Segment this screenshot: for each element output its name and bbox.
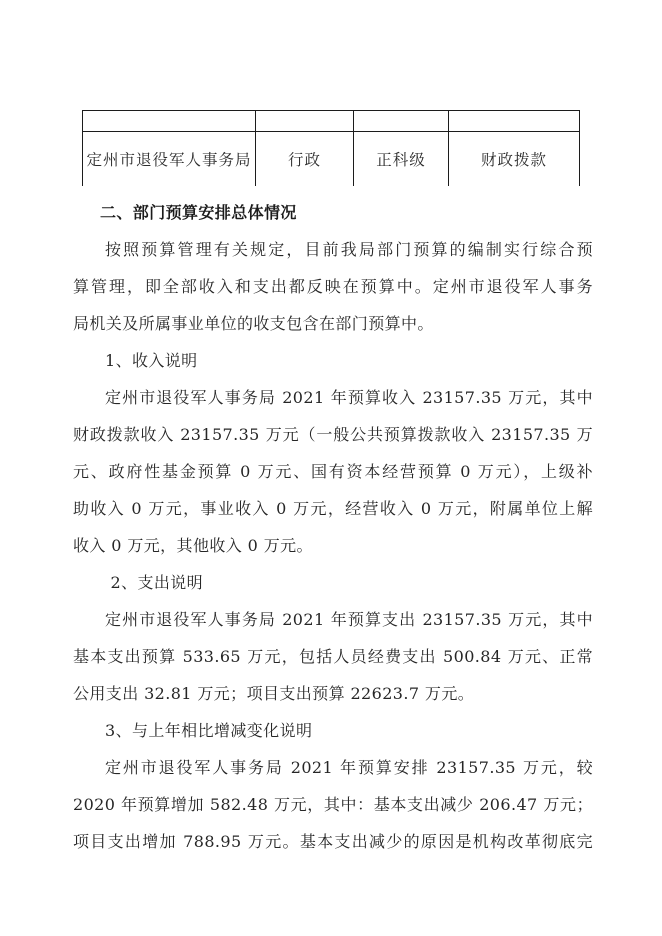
document-content: 二、部门预算安排总体情况按照预算管理有关规定，目前我局部门预算的编制实行综合预算… [73,194,593,860]
table-cell [256,111,354,132]
table-cell: 财政拨款 [449,132,580,187]
section-heading: 二、部门预算安排总体情况 [73,194,593,231]
subsection-heading: 2、支出说明 [73,564,593,601]
subsection-heading: 3、与上年相比增减变化说明 [73,712,593,749]
paragraph-line: 按照预算管理有关规定，目前我局部门预算的编制实行综合预 [73,231,593,268]
paragraph-line: 2020 年预算增加 582.48 万元，其中：基本支出减少 206.47 万元… [73,786,593,823]
org-info-table-body: 定州市退役军人事务局行政正科级财政拨款 [83,111,580,187]
table-cell: 定州市退役军人事务局 [83,132,256,187]
paragraph-line: 项目支出增加 788.95 万元。基本支出减少的原因是机构改革彻底完 [73,823,593,860]
paragraph-line: 定州市退役军人事务局 2021 年预算安排 23157.35 万元，较 [73,749,593,786]
table-cell: 正科级 [354,132,449,187]
paragraph-line: 定州市退役军人事务局 2021 年预算收入 23157.35 万元，其中 [73,379,593,416]
table-cell [354,111,449,132]
table-cell: 行政 [256,132,354,187]
paragraph-line: 收入 0 万元，其他收入 0 万元。 [73,527,593,564]
paragraph-line: 局机关及所属事业单位的收支包含在部门预算中。 [73,305,593,342]
paragraph-line: 助收入 0 万元，事业收入 0 万元，经营收入 0 万元，附属单位上解 [73,490,593,527]
paragraph-line: 算管理，即全部收入和支出都反映在预算中。定州市退役军人事务 [73,268,593,305]
paragraph-line: 元、政府性基金预算 0 万元、国有资本经营预算 0 万元），上级补 [73,453,593,490]
paragraph-line: 财政拨款收入 23157.35 万元（一般公共预算拨款收入 23157.35 万 [73,416,593,453]
table-row-org: 定州市退役军人事务局行政正科级财政拨款 [83,132,580,187]
paragraph-line: 公用支出 32.81 万元；项目支出预算 22623.7 万元。 [73,675,593,712]
org-info-table: 定州市退役军人事务局行政正科级财政拨款 [82,110,580,186]
document-page: 定州市退役军人事务局行政正科级财政拨款 二、部门预算安排总体情况按照预算管理有关… [0,0,662,936]
paragraph-line: 基本支出预算 533.65 万元，包括人员经费支出 500.84 万元、正常 [73,638,593,675]
table-header-row-empty [83,111,580,132]
paragraph-line: 定州市退役军人事务局 2021 年预算支出 23157.35 万元，其中 [73,601,593,638]
table-cell [449,111,580,132]
subsection-heading: 1、收入说明 [73,342,593,379]
table-cell [83,111,256,132]
